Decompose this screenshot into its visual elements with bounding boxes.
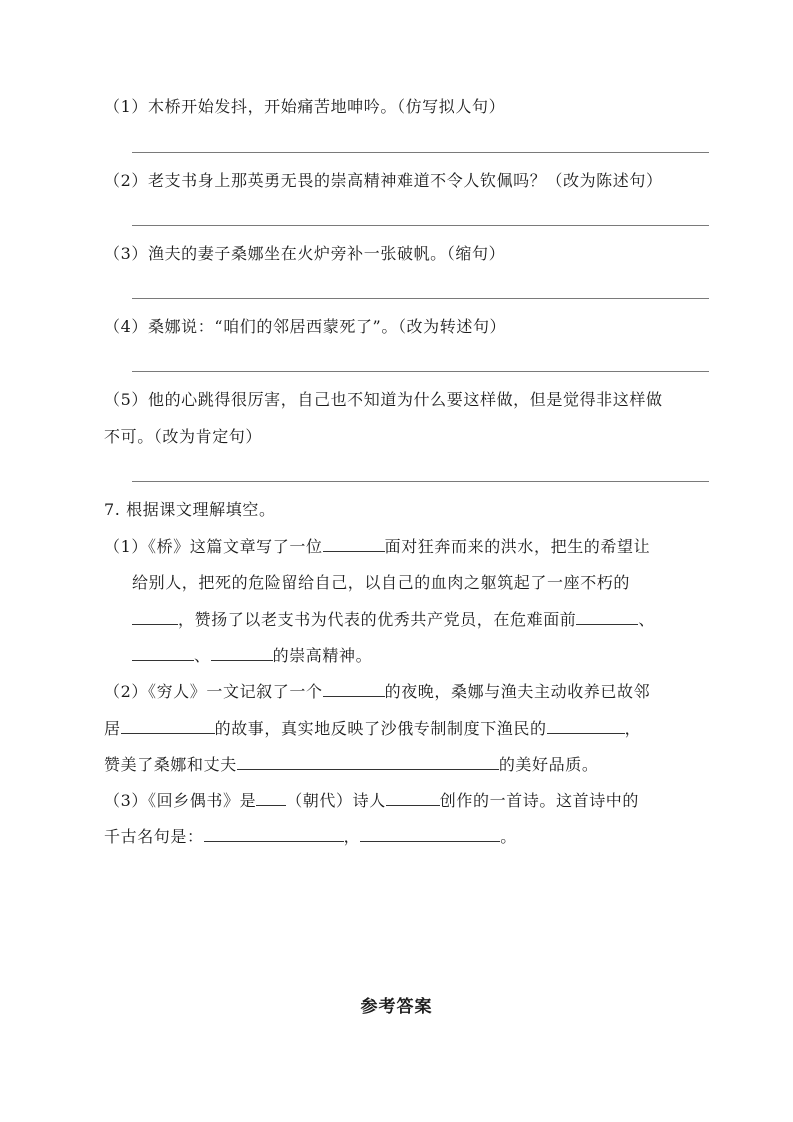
question-text: 、 [194,646,211,665]
question-7-2-line3: 赞美了桑娜和丈夫的美好品质。 [104,754,598,775]
question-7-3-line2: 千古名句是：，。 [104,826,517,847]
blank-7-1-a[interactable] [323,536,385,552]
answers-heading: 参考答案 [0,992,793,1017]
question-text: 、 [638,610,655,629]
question-text: 的崇高精神。 [273,646,373,665]
blank-7-2-b[interactable] [121,718,215,734]
question-text: ，赞扬了以老支书为代表的优秀共产党员，在危难面前 [178,610,576,629]
blank-7-1-b[interactable] [132,609,178,625]
blank-7-1-d[interactable] [132,645,194,661]
question-7-1-line3: ，赞扬了以老支书为代表的优秀共产党员，在危难面前、 [132,609,655,630]
question-text: 的美好品质。 [499,755,599,774]
blank-7-3-a[interactable] [256,790,286,806]
question-6-1: （1）木桥开始发抖，开始痛苦地呻吟。（仿写拟人句） [104,97,505,117]
blank-7-2-c[interactable] [547,718,625,734]
blank-7-1-c[interactable] [576,609,638,625]
answer-line-6-5[interactable] [132,481,709,482]
answer-line-6-4[interactable] [132,371,709,372]
question-text: ， [625,719,642,738]
blank-7-2-d[interactable] [237,754,499,770]
blank-7-2-a[interactable] [323,681,385,697]
question-text: （3）《回乡偶书》是 [104,791,256,810]
question-text: 赞美了桑娜和丈夫 [104,755,237,774]
blank-7-1-e[interactable] [211,645,273,661]
question-text: ， [344,827,361,846]
answer-line-6-2[interactable] [132,225,709,226]
question-7-1-line2: 给别人，把死的危险留给自己，以自己的血肉之躯筑起了一座不朽的 [132,573,630,593]
document-page: （1）木桥开始发抖，开始痛苦地呻吟。（仿写拟人句） （2）老支书身上那英勇无畏的… [0,0,793,1122]
question-text: 创作的一首诗。这首诗中的 [440,791,639,810]
question-text: 居 [104,719,121,738]
question-text: 面对狂奔而来的洪水，把生的希望让 [385,537,651,556]
question-6-4: （4）桑娜说：“咱们的邻居西蒙死了”。（改为转述句） [104,317,506,337]
answer-line-6-3[interactable] [132,298,709,299]
answer-line-6-1[interactable] [132,152,709,153]
question-6-2: （2）老支书身上那英勇无畏的崇高精神难道不令人钦佩吗？（改为陈述句） [104,171,663,191]
section-7-title: 7. 根据课文理解填空。 [104,500,276,520]
question-text: 的故事，真实地反映了沙俄专制制度下渔民的 [215,719,547,738]
question-7-2-line2: 居的故事，真实地反映了沙俄专制制度下渔民的， [104,718,641,739]
blank-7-3-c[interactable] [204,826,344,842]
question-text: （2）《穷人》一文记叙了一个 [104,682,323,701]
blank-7-3-d[interactable] [360,826,500,842]
question-text: （1）《桥》这篇文章写了一位 [104,537,323,556]
question-7-2-line1: （2）《穷人》一文记叙了一个的夜晚，桑娜与渔夫主动收养已故邻 [104,681,650,702]
question-6-3: （3）渔夫的妻子桑娜坐在火炉旁补一张破帆。（缩句） [104,244,505,264]
question-text: 。 [500,827,517,846]
question-text: 的夜晚，桑娜与渔夫主动收养已故邻 [385,682,651,701]
question-text: （朝代）诗人 [286,791,386,810]
question-6-5-line1: （5）他的心跳得很厉害，自己也不知道为什么要这样做，但是觉得非这样做 [104,390,663,410]
question-text: 千古名句是： [104,827,204,846]
question-7-3-line1: （3）《回乡偶书》是（朝代）诗人创作的一首诗。这首诗中的 [104,790,639,811]
blank-7-3-b[interactable] [386,790,440,806]
question-7-1-line1: （1）《桥》这篇文章写了一位面对狂奔而来的洪水，把生的希望让 [104,536,650,557]
question-7-1-line4: 、的崇高精神。 [132,645,372,666]
question-6-5-line2: 不可。（改为肯定句） [104,427,262,447]
